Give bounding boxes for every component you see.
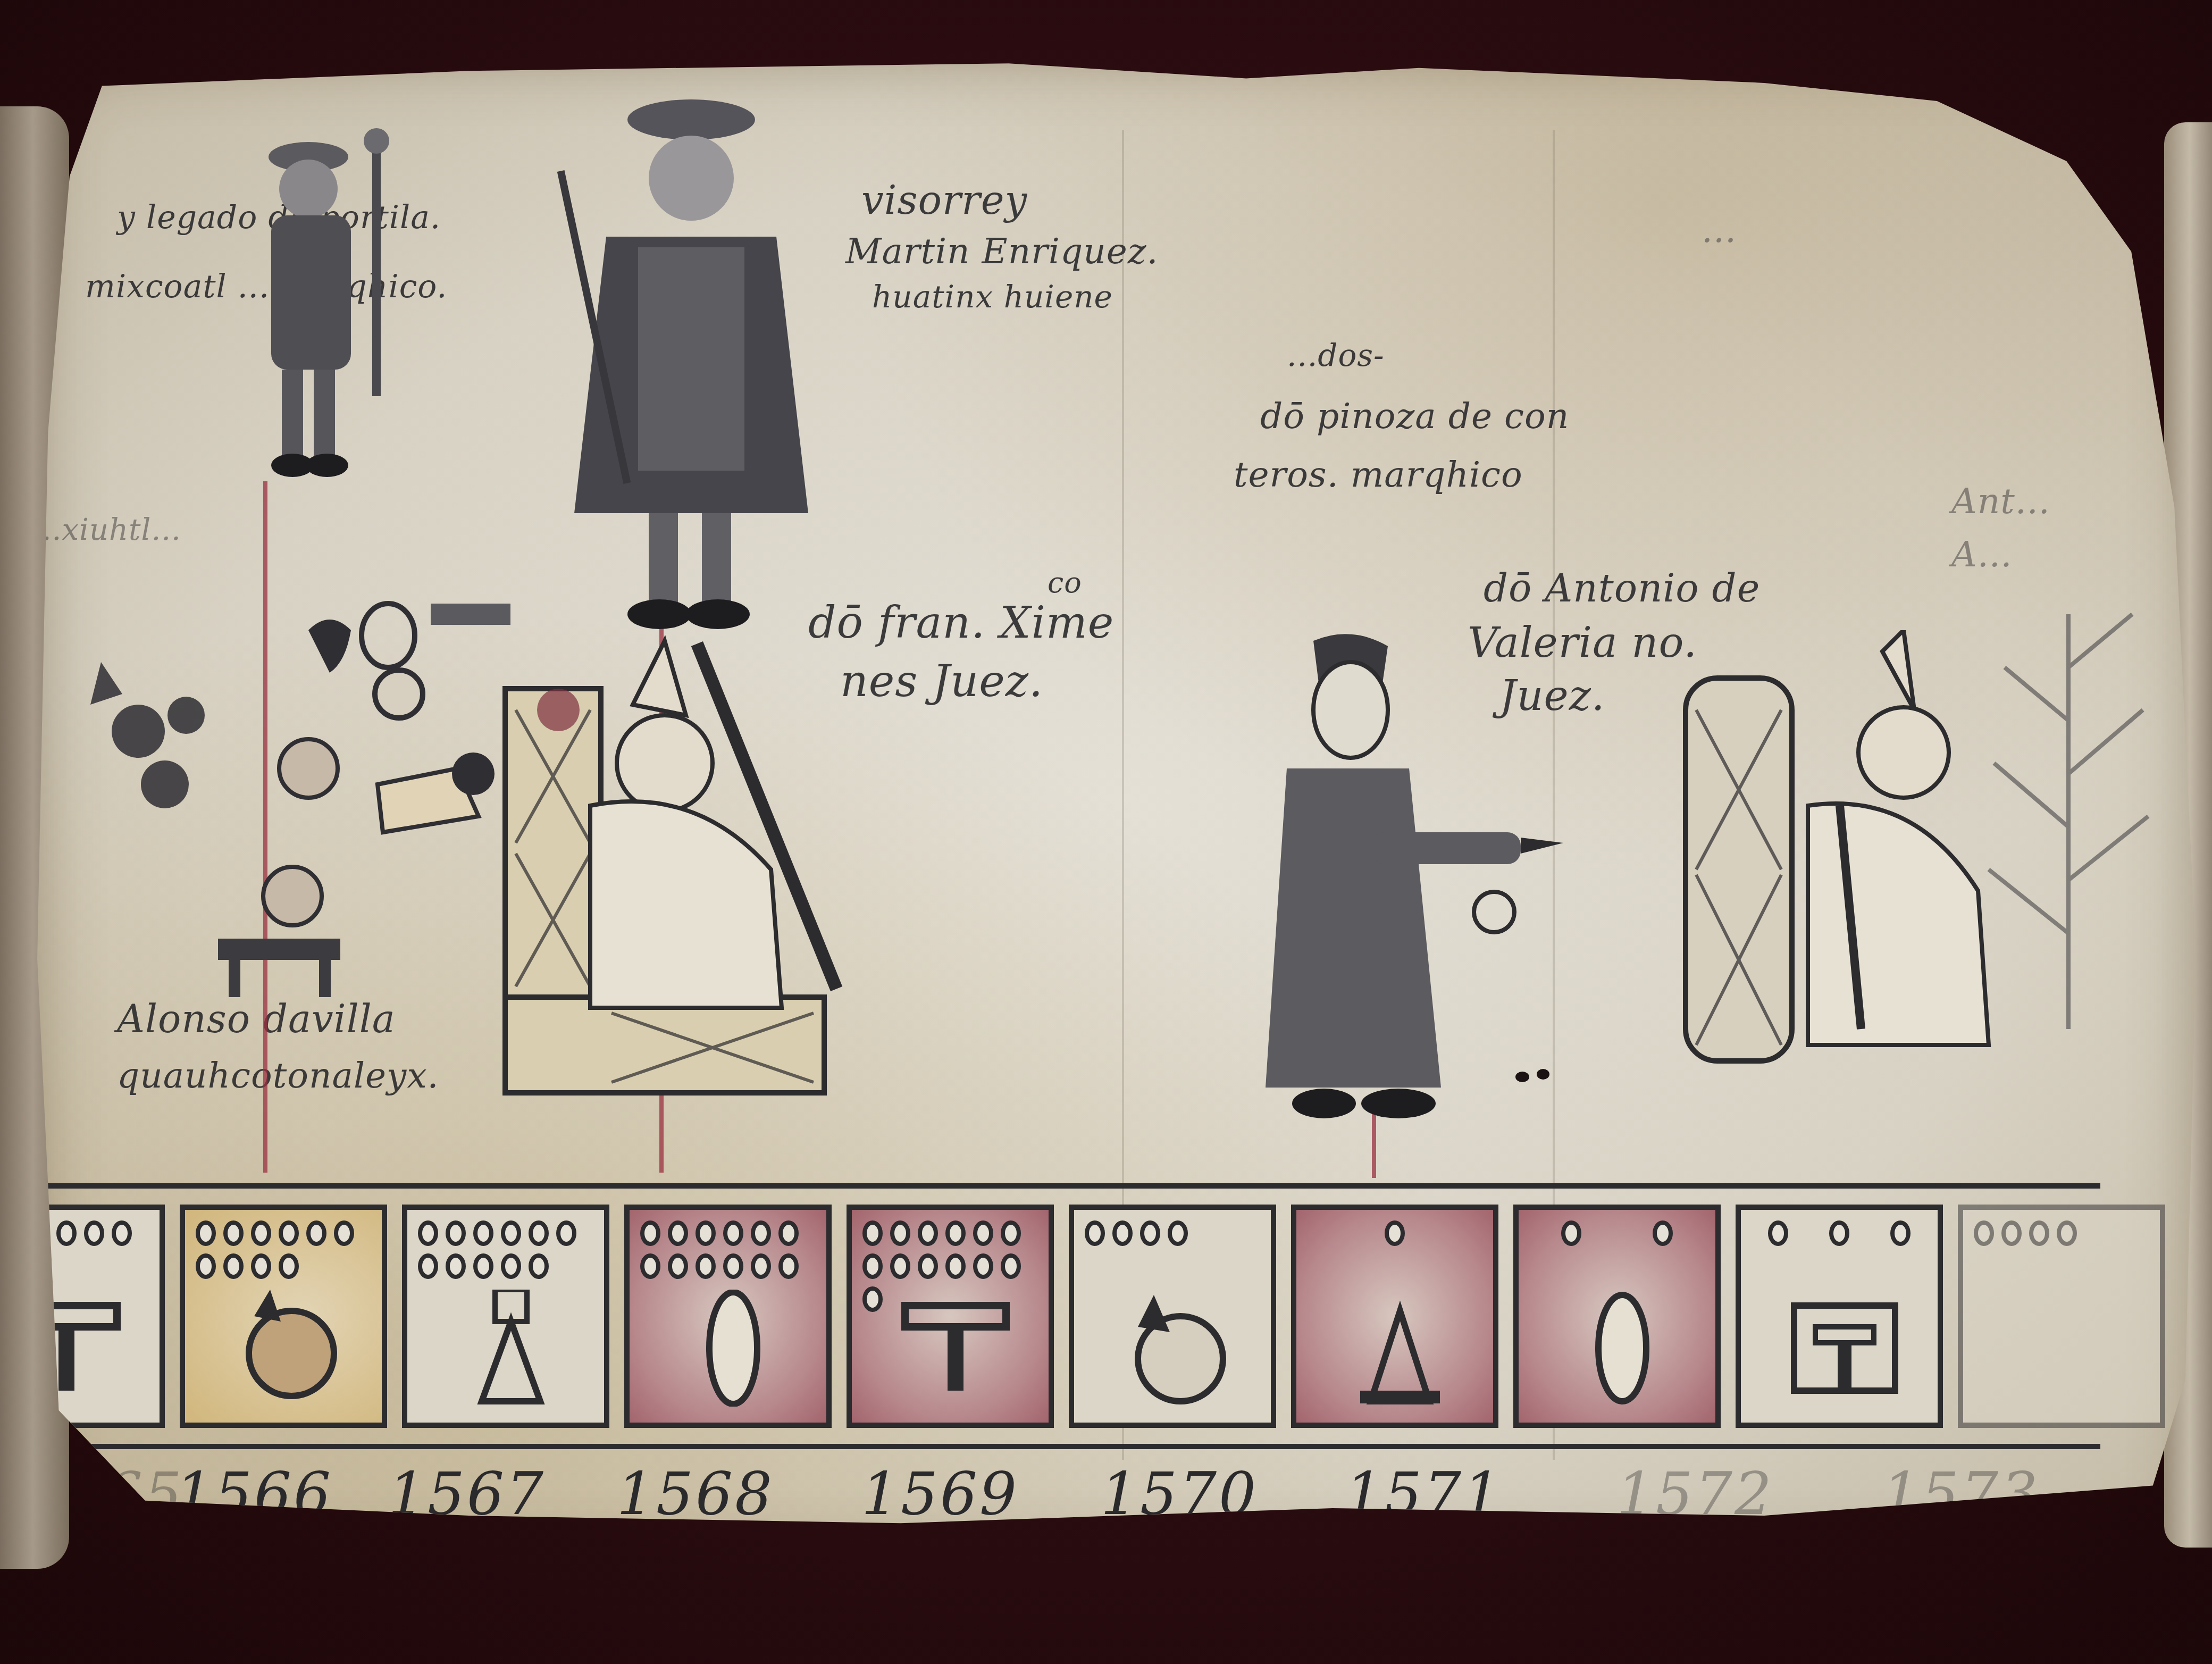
caption-top-right: ... (1702, 210, 1737, 250)
ink-stain (1515, 1072, 1529, 1082)
photo-stage: y legado de portila. mixcoatl ... marqhi… (0, 0, 2212, 1664)
year-label: 1571 (1345, 1460, 1503, 1528)
calendar-cell (1069, 1205, 1276, 1428)
reed-glyph-icon (1328, 1290, 1472, 1407)
friar-pointing-icon (1239, 630, 1569, 1141)
year-label: 1570 (1101, 1460, 1258, 1528)
year-label: 1567 (388, 1460, 546, 1528)
caption-left-margin: ...xiuhtl... (32, 513, 181, 547)
caption-judge-1-line1: co (1048, 566, 1082, 599)
calendar-cell (624, 1205, 832, 1428)
place-glyphs-icon (58, 556, 537, 1008)
day-dots (1752, 1220, 1927, 1246)
calendar-band (37, 1183, 2100, 1449)
rabbit-glyph-icon (217, 1290, 361, 1407)
caption-viceroy-1: visorrey (861, 178, 1027, 223)
figure-small-official (213, 120, 436, 503)
caption-middle-1: ...dos- (1287, 338, 1385, 373)
day-dots (640, 1220, 816, 1279)
year-label: 1566 (175, 1460, 333, 1528)
calendar-cell (847, 1205, 1054, 1428)
year-label: 1572 (1616, 1460, 1774, 1528)
caption-far-right-1: Ant... (1951, 481, 2050, 522)
calendar-cell (402, 1205, 609, 1428)
day-dots (1085, 1220, 1260, 1246)
house-glyph-icon (884, 1290, 1027, 1407)
caption-viceroy-2: Martin Enriquez. (845, 231, 1159, 272)
calendar-cell (180, 1205, 387, 1428)
calendar-cell (1958, 1205, 2165, 1428)
house-glyph-icon (1773, 1290, 1916, 1407)
flint-glyph-icon (661, 1290, 805, 1407)
figure-right-vegetation (1962, 561, 2185, 1040)
calendar-cell (1736, 1205, 1943, 1428)
caption-judge-2-line1: dō Antonio de (1484, 566, 1760, 611)
day-dots (196, 1220, 371, 1279)
ink-stain (1537, 1069, 1549, 1080)
figure-viceroy (532, 88, 829, 630)
year-label: 1573 (1882, 1460, 2040, 1528)
caption-bottom-left-2: quauhcotonaleyx. (117, 1056, 439, 1096)
calendar-cells (37, 1205, 2165, 1428)
rabbit-glyph-icon (1106, 1290, 1250, 1407)
day-dots (1974, 1220, 2149, 1246)
flint-glyph-icon (1551, 1290, 1694, 1407)
caption-middle-3: teros. marqhico (1234, 455, 1523, 495)
day-dots (1307, 1220, 1482, 1246)
seated-lord-left-icon (495, 630, 931, 1109)
calendar-cell (1291, 1205, 1498, 1428)
viceroy-icon (532, 88, 829, 630)
place-glyphs (58, 556, 537, 1008)
figure-seated-lord-left (495, 630, 931, 1109)
calendar-cell (1513, 1205, 1721, 1428)
caption-viceroy-3: huatinx huiene (872, 279, 1113, 315)
day-dots (418, 1220, 593, 1279)
year-labels: 1565 1566 1567 1568 1569 1570 1571 1572 … (37, 1460, 2100, 1545)
figure-small-official-icon (213, 120, 436, 503)
figure-friar-pointing (1239, 630, 1569, 1141)
codex-page: y legado de portila. mixcoatl ... marqhi… (37, 56, 2196, 1561)
reed-glyph-icon (439, 1290, 583, 1407)
year-label: 1568 (617, 1460, 774, 1528)
year-label: 1569 (861, 1460, 1019, 1528)
vegetation-icon (1962, 561, 2185, 1040)
day-dots (1529, 1220, 1705, 1246)
caption-middle-2: dō pinoza de con (1260, 396, 1569, 437)
